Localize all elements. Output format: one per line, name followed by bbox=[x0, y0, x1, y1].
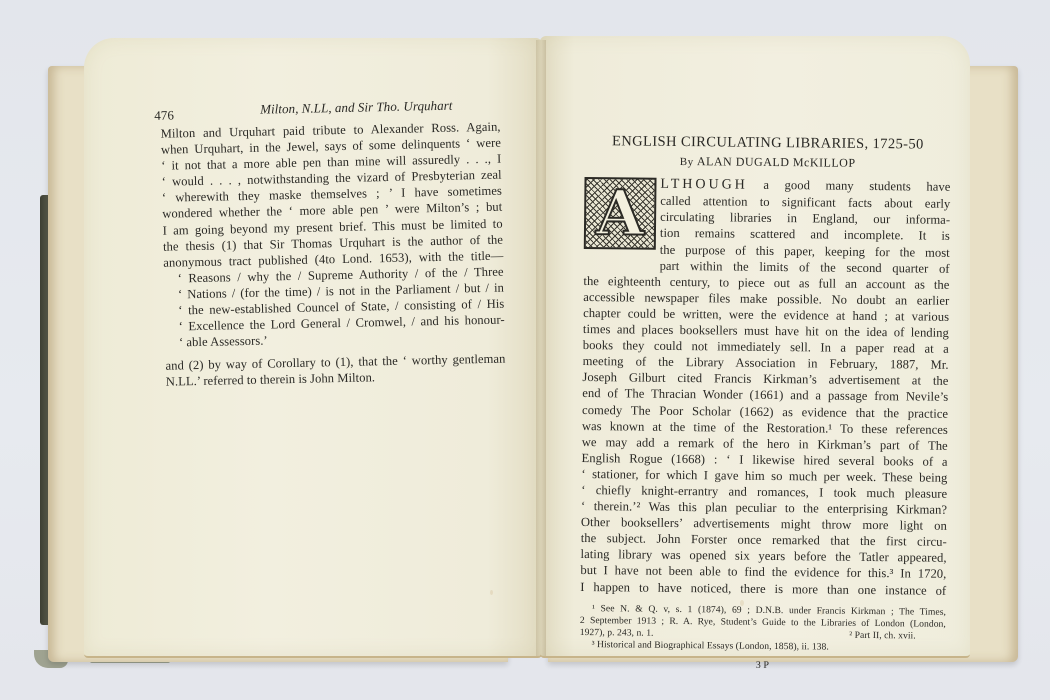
byline: By ALAN DUGALD McKILLOP bbox=[585, 152, 951, 173]
first-word: LTHOUGH bbox=[660, 177, 748, 193]
footnotes: ¹ See N. & Q. v, s. 1 (1874), 69 ; D.N.B… bbox=[580, 603, 946, 656]
text-line: I happen to have noticed, there is more … bbox=[580, 579, 946, 599]
page-number: 476 bbox=[154, 107, 174, 124]
article-title: ENGLISH CIRCULATING LIBRARIES, 1725-50 bbox=[585, 133, 951, 153]
right-page-text: ENGLISH CIRCULATING LIBRARIES, 1725-50 B… bbox=[579, 133, 951, 676]
byline-prefix: By bbox=[680, 156, 694, 168]
signature-mark: 3 P bbox=[579, 656, 945, 676]
drop-cap-letter: A bbox=[596, 182, 645, 245]
ornamental-initial-icon: A bbox=[584, 177, 657, 250]
opening-paragraph: A LTHOUGH a good many students have call… bbox=[580, 175, 950, 598]
left-body: Milton and Urquhart paid tribute to Alex… bbox=[160, 119, 505, 391]
book-gutter bbox=[536, 40, 546, 656]
block-quote: ‘ Reasons / why the / Supreme Authority … bbox=[164, 263, 506, 351]
author-name: ALAN DUGALD McKILLOP bbox=[697, 154, 856, 170]
foxing-spot bbox=[490, 590, 493, 595]
photo-scene: 476 Milton, N.LL, and Sir Tho. Urquhart … bbox=[0, 0, 1050, 700]
